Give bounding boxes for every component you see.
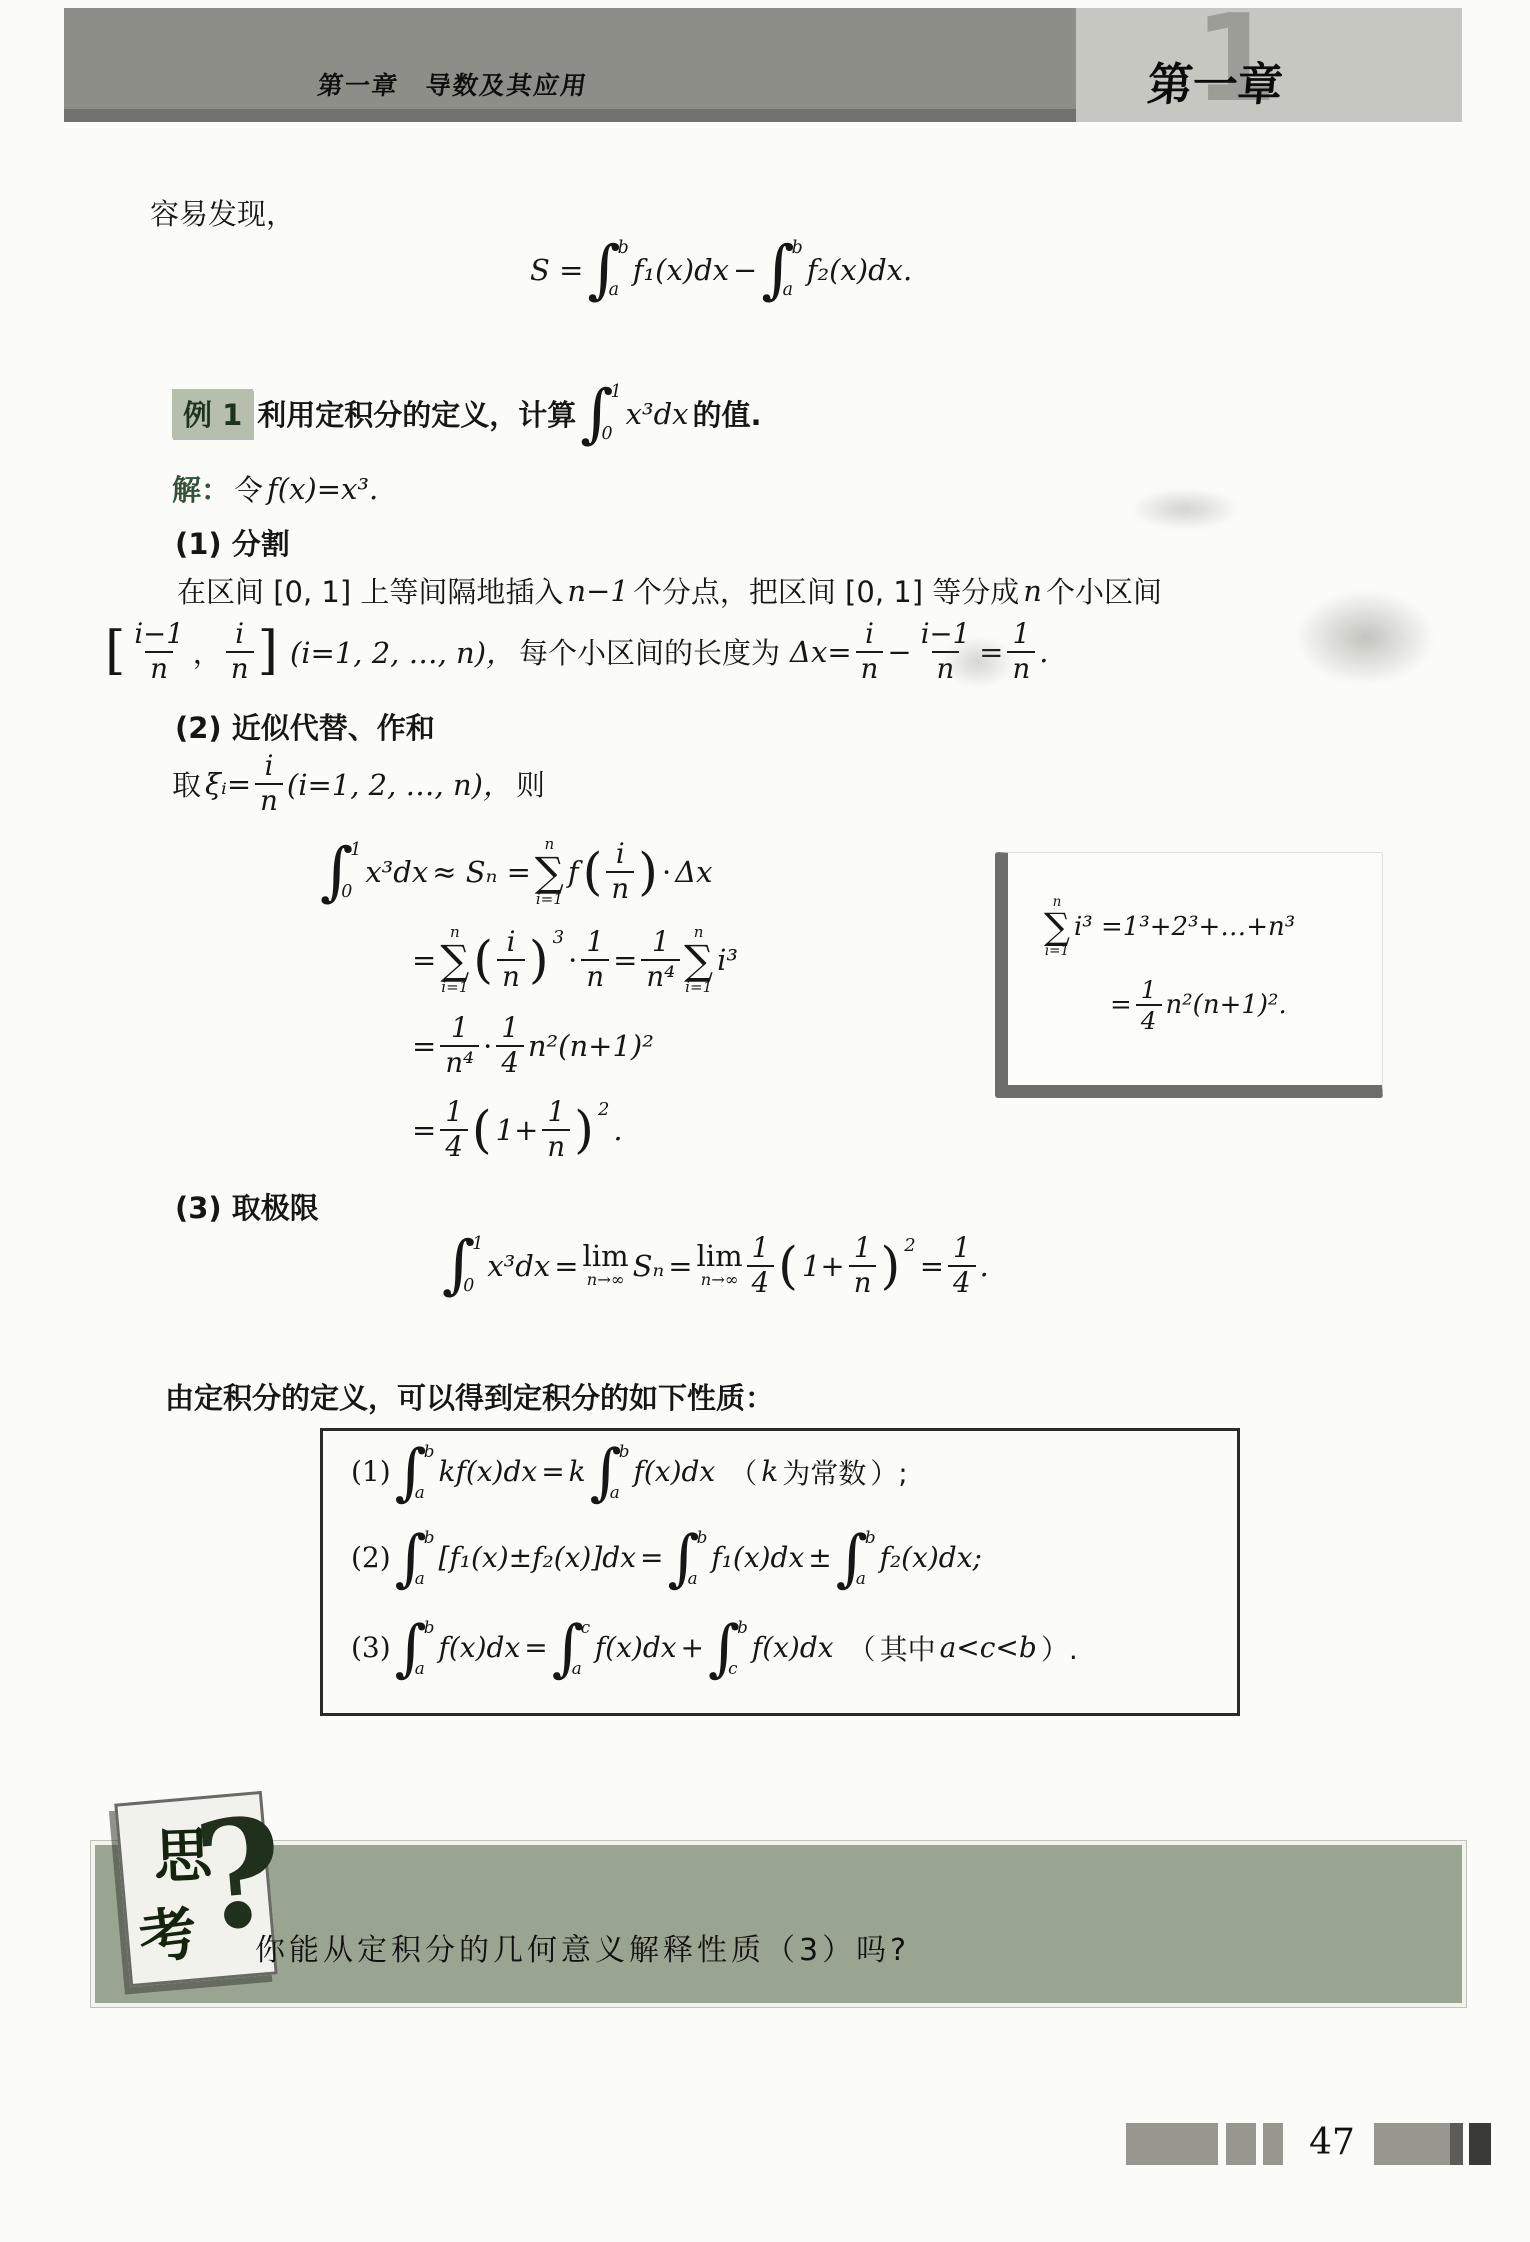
properties-intro: 由定积分的定义，可以得到定积分的如下性质： xyxy=(165,1376,774,1417)
properties-box: (1) ∫ba kf(x)dx = k ∫ba f(x)dx （ k 为常数 ）… xyxy=(320,1428,1240,1716)
math-token: = xyxy=(412,943,436,977)
property-number: (2) xyxy=(351,1541,391,1574)
upper-bound: b xyxy=(792,240,803,257)
upper-bound: 1 xyxy=(611,384,622,401)
property-number: (1) xyxy=(351,1455,391,1488)
solution-row: 解： 令 f(x)=x³. xyxy=(170,468,380,509)
fraction: 1n xyxy=(849,1232,877,1299)
scan-smudge xyxy=(1130,488,1240,530)
math-token: i³ =1³+2³+…+n³ xyxy=(1074,912,1295,942)
math-token: f(x)dx xyxy=(633,1455,715,1488)
footer-bar xyxy=(1126,2123,1218,2165)
fraction: 14 xyxy=(948,1232,976,1299)
math-token: x³dx xyxy=(365,855,428,889)
math-token: = xyxy=(541,1455,564,1488)
math-token: (i=1, 2, …, n)， xyxy=(290,631,515,672)
lower-bound: a xyxy=(609,282,620,299)
math-token: x³dx xyxy=(626,397,689,431)
derivation-line-1: ∫10 x³dx ≈ Sₙ = n∑i=1 f ( in ) · Δx xyxy=(318,836,715,908)
math-token: Sₙ xyxy=(633,1249,665,1283)
multiplication-dot: · xyxy=(483,1029,492,1063)
math-token: x³dx xyxy=(487,1249,550,1283)
example-text-after: 的值. xyxy=(693,393,762,434)
math-token: [f₁(x)±f₂(x)]dx xyxy=(439,1541,636,1574)
math-token: a<c<b xyxy=(940,1631,1037,1664)
text-part: 在区间 [0, 1] 上等间隔地插入 xyxy=(177,570,563,611)
step1-interval-line: [ i−1n ， in ] (i=1, 2, …, n)， 每个小区间的长度为 … xyxy=(103,618,1050,685)
math-token: f₁(x)dx xyxy=(711,1541,804,1574)
fraction: 14 xyxy=(440,1096,468,1163)
integral: ∫ba xyxy=(667,1529,707,1586)
math-token: + xyxy=(681,1631,704,1664)
integral: ∫10 xyxy=(320,842,361,901)
chapter-running-title: 第一章 导数及其应用 xyxy=(315,66,590,102)
math-token: ± xyxy=(808,1541,831,1574)
property-2: (2) ∫ba [f₁(x)±f₂(x)]dx = ∫ba f₁(x)dx ± … xyxy=(349,1529,984,1586)
step1-paragraph: 在区间 [0, 1] 上等间隔地插入 n−1 个分点，把区间 [0, 1] 等分… xyxy=(175,570,1164,611)
math-token: n²(n+1)² xyxy=(528,1029,654,1063)
solution-text: 令 xyxy=(234,468,263,509)
math-token: . xyxy=(1039,635,1048,669)
multiplication-dot: · xyxy=(662,855,671,889)
math-token: i³ xyxy=(717,943,738,977)
math-token: = xyxy=(668,1249,692,1283)
solution-label: 解： xyxy=(172,468,230,509)
integral: ∫ba xyxy=(761,240,802,299)
math-token: f₁(x)dx xyxy=(633,253,729,287)
limit-operator: limn→∞ xyxy=(697,1242,743,1289)
math-token: . xyxy=(613,1113,622,1147)
note-line-2: = 14 n²(n+1)². xyxy=(1108,975,1382,1035)
math-token: k xyxy=(761,1455,778,1488)
text-part: 则 xyxy=(516,763,545,804)
math-token: 1+ xyxy=(802,1249,845,1283)
text-part: 个小区间 xyxy=(1046,570,1162,611)
exponent: 3 xyxy=(553,929,564,947)
fraction: in xyxy=(255,750,283,817)
think-question: 你能从定积分的几何意义解释性质（3）吗? xyxy=(255,1925,910,1969)
fraction: 1n⁴ xyxy=(440,1012,479,1079)
example-label: 例 1 xyxy=(172,389,253,438)
math-token: = xyxy=(412,1029,436,1063)
math-token: f₂(x)dx; xyxy=(880,1541,982,1574)
footer-bar xyxy=(1263,2123,1283,2165)
integral: ∫ba xyxy=(395,1529,435,1586)
math-token: f(x)dx xyxy=(595,1631,677,1664)
property-1: (1) ∫ba kf(x)dx = k ∫ba f(x)dx （ k 为常数 ）… xyxy=(349,1443,910,1500)
integral: ∫ba xyxy=(587,240,628,299)
math-token: Δx= xyxy=(790,635,852,669)
derivation-line-3: = 1n⁴ · 14 n²(n+1)² xyxy=(410,1012,656,1079)
math-token: f₂(x)dx. xyxy=(807,253,912,287)
sigma-sign: ∑ xyxy=(684,941,713,980)
area-difference-formula: S = ∫ba f₁(x)dx − ∫ba f₂(x)dx. xyxy=(528,240,914,299)
summation: n∑i=1 xyxy=(1044,895,1070,959)
fraction: 1n xyxy=(542,1096,570,1163)
chapter-tab: 1 第一章 xyxy=(1076,8,1462,122)
paren-open: ( xyxy=(778,1243,798,1289)
math-token: f xyxy=(568,855,579,889)
math-token: f(x)dx xyxy=(752,1631,834,1664)
upper-bound: b xyxy=(618,240,629,257)
bracket-close: ] xyxy=(258,628,278,675)
math-token: = xyxy=(640,1541,663,1574)
math-token: = xyxy=(412,1113,436,1147)
bracket-open: [ xyxy=(105,628,125,675)
footer-bar-darkest xyxy=(1469,2123,1491,2165)
think-band xyxy=(95,1845,1462,2003)
fraction: 1n⁴ xyxy=(641,926,680,993)
paren-open: ( xyxy=(583,849,603,895)
fraction: 14 xyxy=(1136,975,1162,1035)
scan-smudge xyxy=(1295,590,1435,685)
exponent: 2 xyxy=(598,1101,609,1119)
fraction: in xyxy=(856,618,884,685)
fraction: i−1n xyxy=(129,618,188,685)
math-token: 1+ xyxy=(496,1113,539,1147)
limit-formula: ∫10 x³dx = limn→∞ Sₙ = limn→∞ 14 ( 1+ 1n… xyxy=(440,1232,991,1299)
paren-open: ( xyxy=(472,1107,492,1153)
math-token: (i=1, 2, …, n)， xyxy=(287,763,512,804)
step1-heading: (1) 分割 xyxy=(175,522,290,563)
math-token: − xyxy=(887,635,911,669)
text-part: 每个小区间的长度为 xyxy=(519,631,780,672)
scan-smudge xyxy=(940,636,1015,688)
fraction: 14 xyxy=(747,1232,775,1299)
example-1-row: 例 1 利用定积分的定义，计算 ∫10 x³dx 的值. xyxy=(170,384,764,443)
math-token: n²(n+1)². xyxy=(1166,990,1287,1020)
text-part: ）; xyxy=(870,1452,907,1492)
fraction: 14 xyxy=(496,1012,524,1079)
footer-bar xyxy=(1226,2123,1256,2165)
math-token: = xyxy=(920,1249,944,1283)
chapter-tab-label: 第一章 xyxy=(1145,48,1286,113)
math-token: f(x)dx xyxy=(439,1631,521,1664)
summation: n∑i=1 xyxy=(535,836,564,908)
integral: ∫ba xyxy=(836,1529,876,1586)
derivation-line-2: = n∑i=1 ( in ) 3 · 1n = 1n⁴ n∑i=1 i³ xyxy=(410,924,740,996)
step2-heading: (2) 近似代替、作和 xyxy=(175,706,435,747)
example-text-before: 利用定积分的定义，计算 xyxy=(257,393,576,434)
summation: n∑i=1 xyxy=(440,924,469,996)
paren-close: ) xyxy=(880,1243,900,1289)
math-token: S = xyxy=(530,253,583,287)
chapter-header: 第一章 导数及其应用 1 第一章 xyxy=(64,8,1462,122)
fraction: 1n xyxy=(581,926,609,993)
integral: ∫bc xyxy=(708,1619,748,1676)
integral: ∫10 xyxy=(580,384,621,443)
lower-bound: 0 xyxy=(602,426,613,443)
fraction: in xyxy=(226,618,254,685)
math-token: = xyxy=(554,1249,578,1283)
math-token: ≈ Sₙ = xyxy=(432,855,531,889)
margin-note-card: n∑i=1 i³ =1³+2³+…+n³ = 14 n²(n+1)². xyxy=(995,852,1383,1098)
sigma-sign: ∑ xyxy=(1044,910,1070,945)
integral: ∫ba xyxy=(395,1443,435,1500)
footer-bar xyxy=(1374,2123,1450,2165)
think-badge: 思 考 ? xyxy=(114,1791,277,1987)
integral: ∫ca xyxy=(552,1619,591,1676)
text-part: ）. xyxy=(1041,1628,1078,1668)
math-token: k xyxy=(569,1455,586,1488)
text-part: 为常数 xyxy=(782,1452,866,1492)
step2-line: 取 ξᵢ= in (i=1, 2, …, n)， 则 xyxy=(170,750,547,817)
fraction: in xyxy=(606,838,634,905)
math-token: = xyxy=(524,1631,547,1664)
math-token: kf(x)dx xyxy=(439,1455,538,1488)
note-line-1: n∑i=1 i³ =1³+2³+…+n³ xyxy=(1042,895,1382,959)
multiplication-dot: · xyxy=(568,943,577,977)
text-part: （ xyxy=(729,1452,757,1492)
paren-close: ) xyxy=(574,1107,594,1153)
math-token: Δx xyxy=(675,855,712,889)
exponent: 2 xyxy=(904,1237,915,1255)
math-token: = xyxy=(1110,990,1132,1020)
math-token: ξᵢ= xyxy=(205,767,251,801)
property-3: (3) ∫ba f(x)dx = ∫ca f(x)dx + ∫bc f(x)dx… xyxy=(349,1619,1080,1676)
derivation-line-4: = 14 ( 1+ 1n ) 2 . xyxy=(410,1096,625,1163)
summation: n∑i=1 xyxy=(684,924,713,996)
paren-close: ) xyxy=(529,937,549,983)
text-part: 其中 xyxy=(880,1628,936,1668)
paren-open: ( xyxy=(473,937,493,983)
sigma-sign: ∑ xyxy=(440,941,469,980)
limit-operator: limn→∞ xyxy=(583,1242,629,1289)
sigma-sign: ∑ xyxy=(535,853,564,892)
text-part: （ xyxy=(848,1628,876,1668)
math-token: n−1 xyxy=(567,574,628,608)
integral: ∫ba xyxy=(395,1619,435,1676)
math-token: − xyxy=(733,253,757,287)
text-part: 个分点，把区间 [0, 1] 等分成 xyxy=(633,570,1019,611)
math-token: n xyxy=(1023,574,1042,608)
footer-bar-dark xyxy=(1450,2123,1463,2165)
text-part: 取 xyxy=(172,763,201,804)
textbook-page: 第一章 导数及其应用 1 第一章 容易发现， S = ∫ba f₁(x)dx −… xyxy=(0,0,1530,2242)
math-token: = xyxy=(613,943,637,977)
think-badge-char-kao: 考 xyxy=(134,1885,202,1975)
comma: ， xyxy=(193,631,222,672)
math-token: . xyxy=(980,1249,989,1283)
lower-bound: a xyxy=(783,282,794,299)
lead-text: 容易发现， xyxy=(150,192,295,233)
fraction: in xyxy=(497,926,525,993)
page-number: 47 xyxy=(1296,2122,1368,2163)
integral: ∫10 xyxy=(442,1236,483,1295)
integral: ∫ba xyxy=(590,1443,630,1500)
property-number: (3) xyxy=(351,1631,391,1664)
step3-heading: (3) 取极限 xyxy=(175,1186,319,1227)
paren-close: ) xyxy=(638,849,658,895)
math-token: f(x)=x³. xyxy=(267,472,378,506)
